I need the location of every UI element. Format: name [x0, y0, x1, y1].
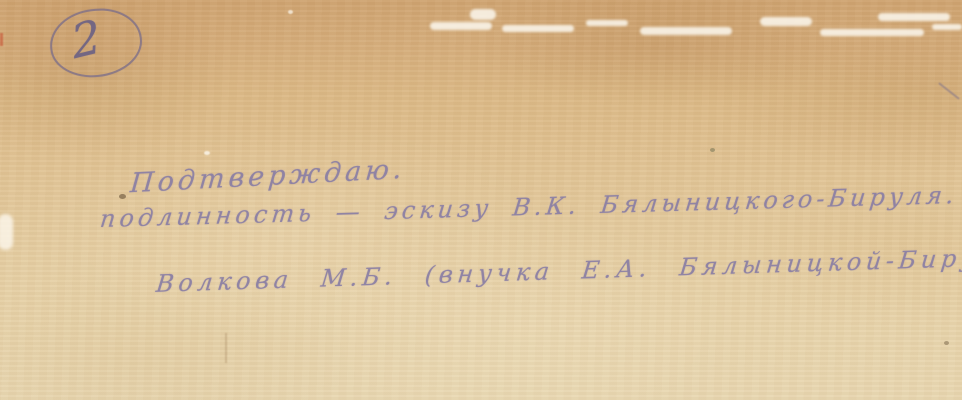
white-speck — [288, 10, 293, 14]
scuff-mark — [470, 9, 496, 20]
photographed-document: 2 Подтверждаю. подлинность — эскизу В.К.… — [0, 0, 962, 400]
left-edge-scuff — [0, 214, 13, 250]
white-speck — [204, 151, 210, 155]
scuff-mark — [502, 25, 574, 32]
scuff-mark — [932, 24, 962, 30]
scuff-mark — [760, 17, 812, 26]
scuff-mark — [820, 29, 924, 36]
dark-speck — [944, 341, 949, 345]
scuff-mark — [586, 20, 628, 26]
faint-scratch — [225, 333, 227, 363]
scuff-mark — [878, 13, 950, 21]
page-number-annotation: 2 — [47, 4, 146, 81]
red-paint-fleck — [0, 33, 3, 46]
scuff-mark — [430, 22, 492, 30]
dark-speck — [119, 194, 126, 199]
dark-speck — [710, 148, 715, 152]
scuff-mark — [640, 27, 732, 35]
